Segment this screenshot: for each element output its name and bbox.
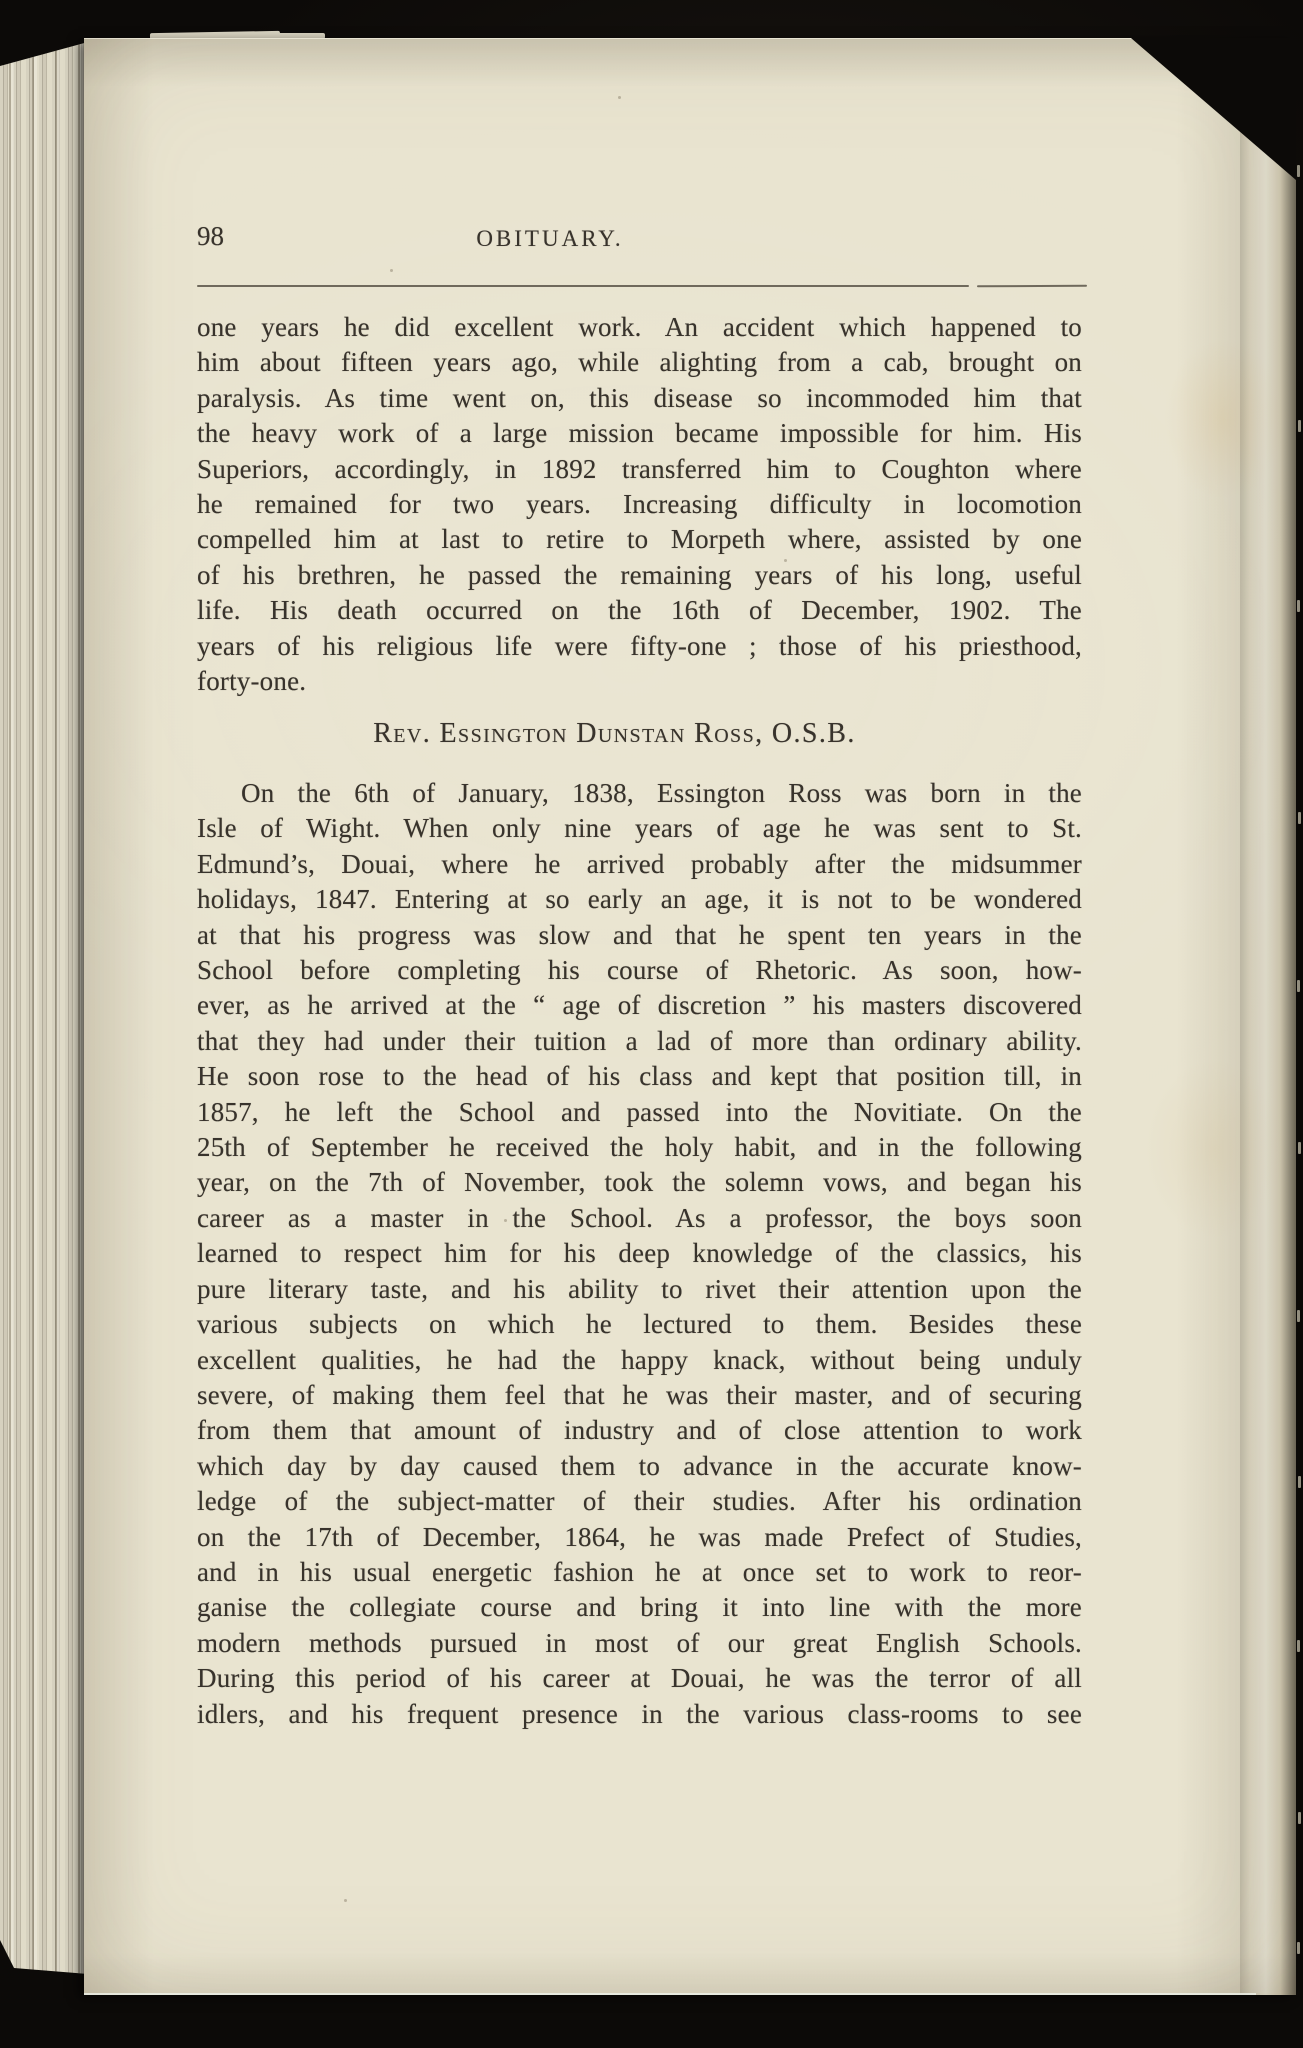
text-line: which day by day caused them to advance … [197,1449,1082,1484]
text-line: learned to respect him for his deep know… [197,1236,1082,1271]
text-line: ledge of the subject-matter of their stu… [197,1484,1082,1519]
text-line: life. His death occurred on the 16th of … [197,593,1082,628]
text-line: and in his usual energetic fashion he at… [197,1555,1082,1590]
text-line: School before completing his course of R… [197,953,1082,988]
page-edges-stack [0,42,88,1980]
text-line: ganise the collegiate course and bring i… [197,1590,1082,1625]
text-line: paralysis. As time went on, this disease… [197,381,1082,416]
text-line: forty-one. [197,664,1082,699]
page-edge-glint [1298,1142,1301,1154]
header-rule [197,285,969,287]
text-line: him about fifteen years ago, while aligh… [197,345,1082,380]
text-line: on the 17th of December, 1864, he was ma… [197,1520,1082,1555]
book-photo-scene: 98 OBITUARY. one years he did excellent … [0,0,1303,2048]
text-line: the heavy work of a large mission became… [197,416,1082,451]
text-line: On the 6th of January, 1838, Essington R… [197,776,1082,811]
paper-speck [390,269,393,272]
obituary-continued-paragraph: one years he did excellent work. An acci… [197,310,1082,699]
text-line: from them that amount of industry and of… [197,1413,1082,1448]
obituary-section-paragraph: On the 6th of January, 1838, Essington R… [197,776,1082,1732]
text-line: 25th of September he received the holy h… [197,1130,1082,1165]
page-edge-glint [1297,1310,1300,1322]
page-edge-glint [1297,1942,1300,1954]
page-edge-glint [1297,600,1300,612]
page-edge-glint [1298,1812,1301,1824]
text-line: pure literary taste, and his ability to … [197,1272,1082,1307]
text-line: excellent qualities, he had the happy kn… [197,1343,1082,1378]
text-line: He soon rose to the head of his class an… [197,1059,1082,1094]
text-line: of his brethren, he passed the remaining… [197,558,1082,593]
page-edge-glint [1297,980,1300,992]
text-line: career as a master in the School. As a p… [197,1201,1082,1236]
text-line: modern methods pursued in most of our gr… [197,1626,1082,1661]
page-edge-glint [1298,812,1301,824]
text-line: year, on the 7th of November, took the s… [197,1165,1082,1200]
cover-corner-shadow [1131,38,1296,180]
book-page: 98 OBITUARY. one years he did excellent … [84,38,1296,1995]
text-line: one years he did excellent work. An acci… [197,310,1082,345]
text-line: holidays, 1847. Entering at so early an … [197,882,1082,917]
paper-speck [618,96,621,99]
page-gutter-fold [1240,39,1296,1995]
page-number: 98 [197,221,224,252]
page-edge-glint [1297,165,1300,177]
text-line: ever, as he arrived at the “ age of disc… [197,988,1082,1023]
text-line: that they had under their tuition a lad … [197,1024,1082,1059]
text-line: During this period of his career at Doua… [197,1661,1082,1696]
text-line: compelled him at last to retire to Morpe… [197,522,1082,557]
header-rule [977,285,1087,288]
text-line: various subjects on which he lectured to… [197,1307,1082,1342]
text-line: severe, of making them feel that he was … [197,1378,1082,1413]
obituary-section-heading: Rev. Essington Dunstan Ross, O.S.B. [172,718,1057,750]
running-header: OBITUARY. [476,226,623,252]
text-line: Isle of Wight. When only nine years of a… [197,811,1082,846]
text-line: 1857, he left the School and passed into… [197,1095,1082,1130]
text-line: Superiors, accordingly, in 1892 transfer… [197,452,1082,487]
text-line: Edmund’s, Douai, where he arrived probab… [197,847,1082,882]
text-line: idlers, and his frequent presence in the… [197,1697,1082,1732]
paper-speck [344,1899,347,1902]
page-edge-glint [1298,420,1301,432]
text-line: years of his religious life were fifty-o… [197,629,1082,664]
text-line: at that his progress was slow and that h… [197,918,1082,953]
page-edge-glint [1298,1476,1301,1488]
page-edge-glint [1297,1640,1300,1652]
text-line: he remained for two years. Increasing di… [197,487,1082,522]
